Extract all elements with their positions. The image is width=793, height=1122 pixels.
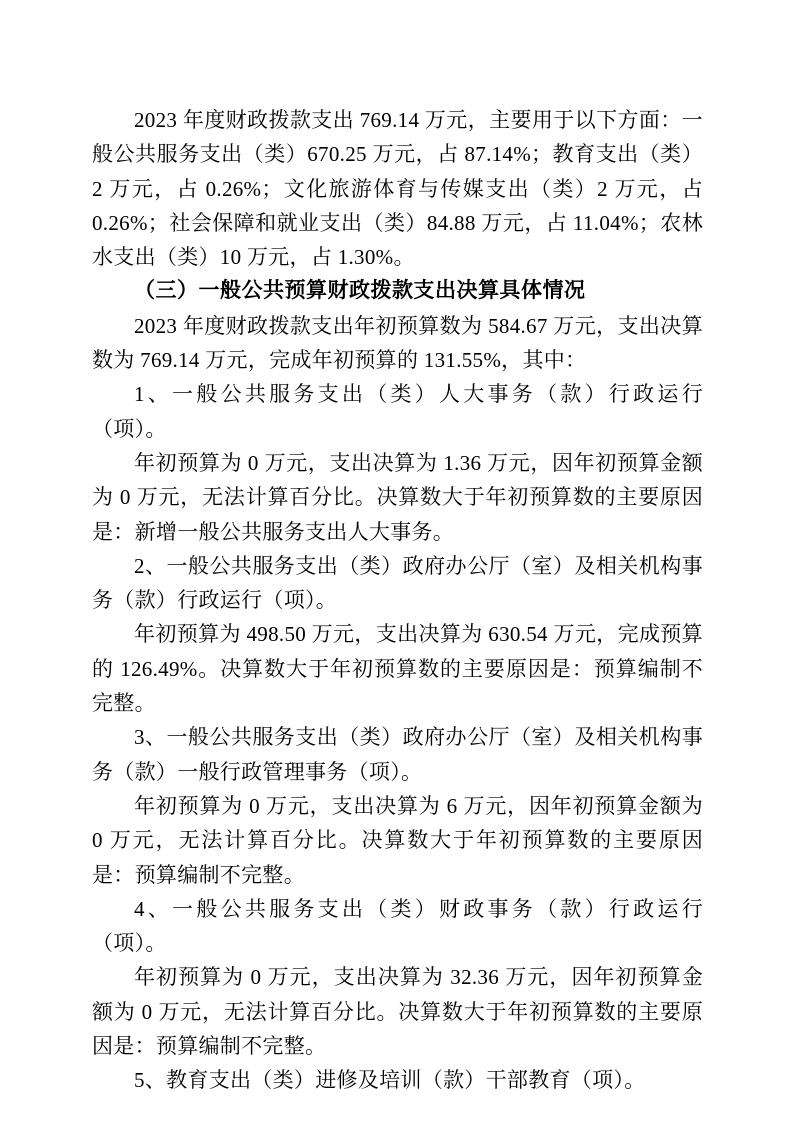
paragraph: 年初预算为 498.50 万元，支出决算为 630.54 万元，完成预算的 12… [92, 617, 703, 720]
document-content: 2023 年度财政拨款支出 769.14 万元，主要用于以下方面：一般公共服务支… [92, 103, 703, 1098]
paragraph: 年初预算为 0 万元，支出决算为 6 万元，因年初预算金额为 0 万元，无法计算… [92, 789, 703, 892]
paragraph: 年初预算为 0 万元，支出决算为 1.36 万元，因年初预算金额为 0 万元，无… [92, 446, 703, 549]
paragraph: 3、一般公共服务支出（类）政府办公厅（室）及相关机构事务（款）一般行政管理事务（… [92, 720, 703, 789]
paragraph: 4、一般公共服务支出（类）财政事务（款）行政运行（项）。 [92, 892, 703, 961]
paragraph: 1、一般公共服务支出（类）人大事务（款）行政运行（项）。 [92, 377, 703, 446]
paragraph: 5、教育支出（类）进修及培训（款）干部教育（项）。 [92, 1063, 703, 1097]
paragraph: 2、一般公共服务支出（类）政府办公厅（室）及相关机构事务（款）行政运行（项）。 [92, 549, 703, 618]
section-heading: （三）一般公共预算财政拨款支出决算具体情况 [92, 274, 703, 308]
paragraph: 2023 年度财政拨款支出 769.14 万元，主要用于以下方面：一般公共服务支… [92, 103, 703, 274]
paragraph: 2023 年度财政拨款支出年初预算数为 584.67 万元，支出决算数为 769… [92, 309, 703, 378]
paragraph: 年初预算为 0 万元，支出决算为 32.36 万元，因年初预算金额为 0 万元，… [92, 960, 703, 1063]
document-page: 2023 年度财政拨款支出 769.14 万元，主要用于以下方面：一般公共服务支… [0, 0, 793, 1122]
